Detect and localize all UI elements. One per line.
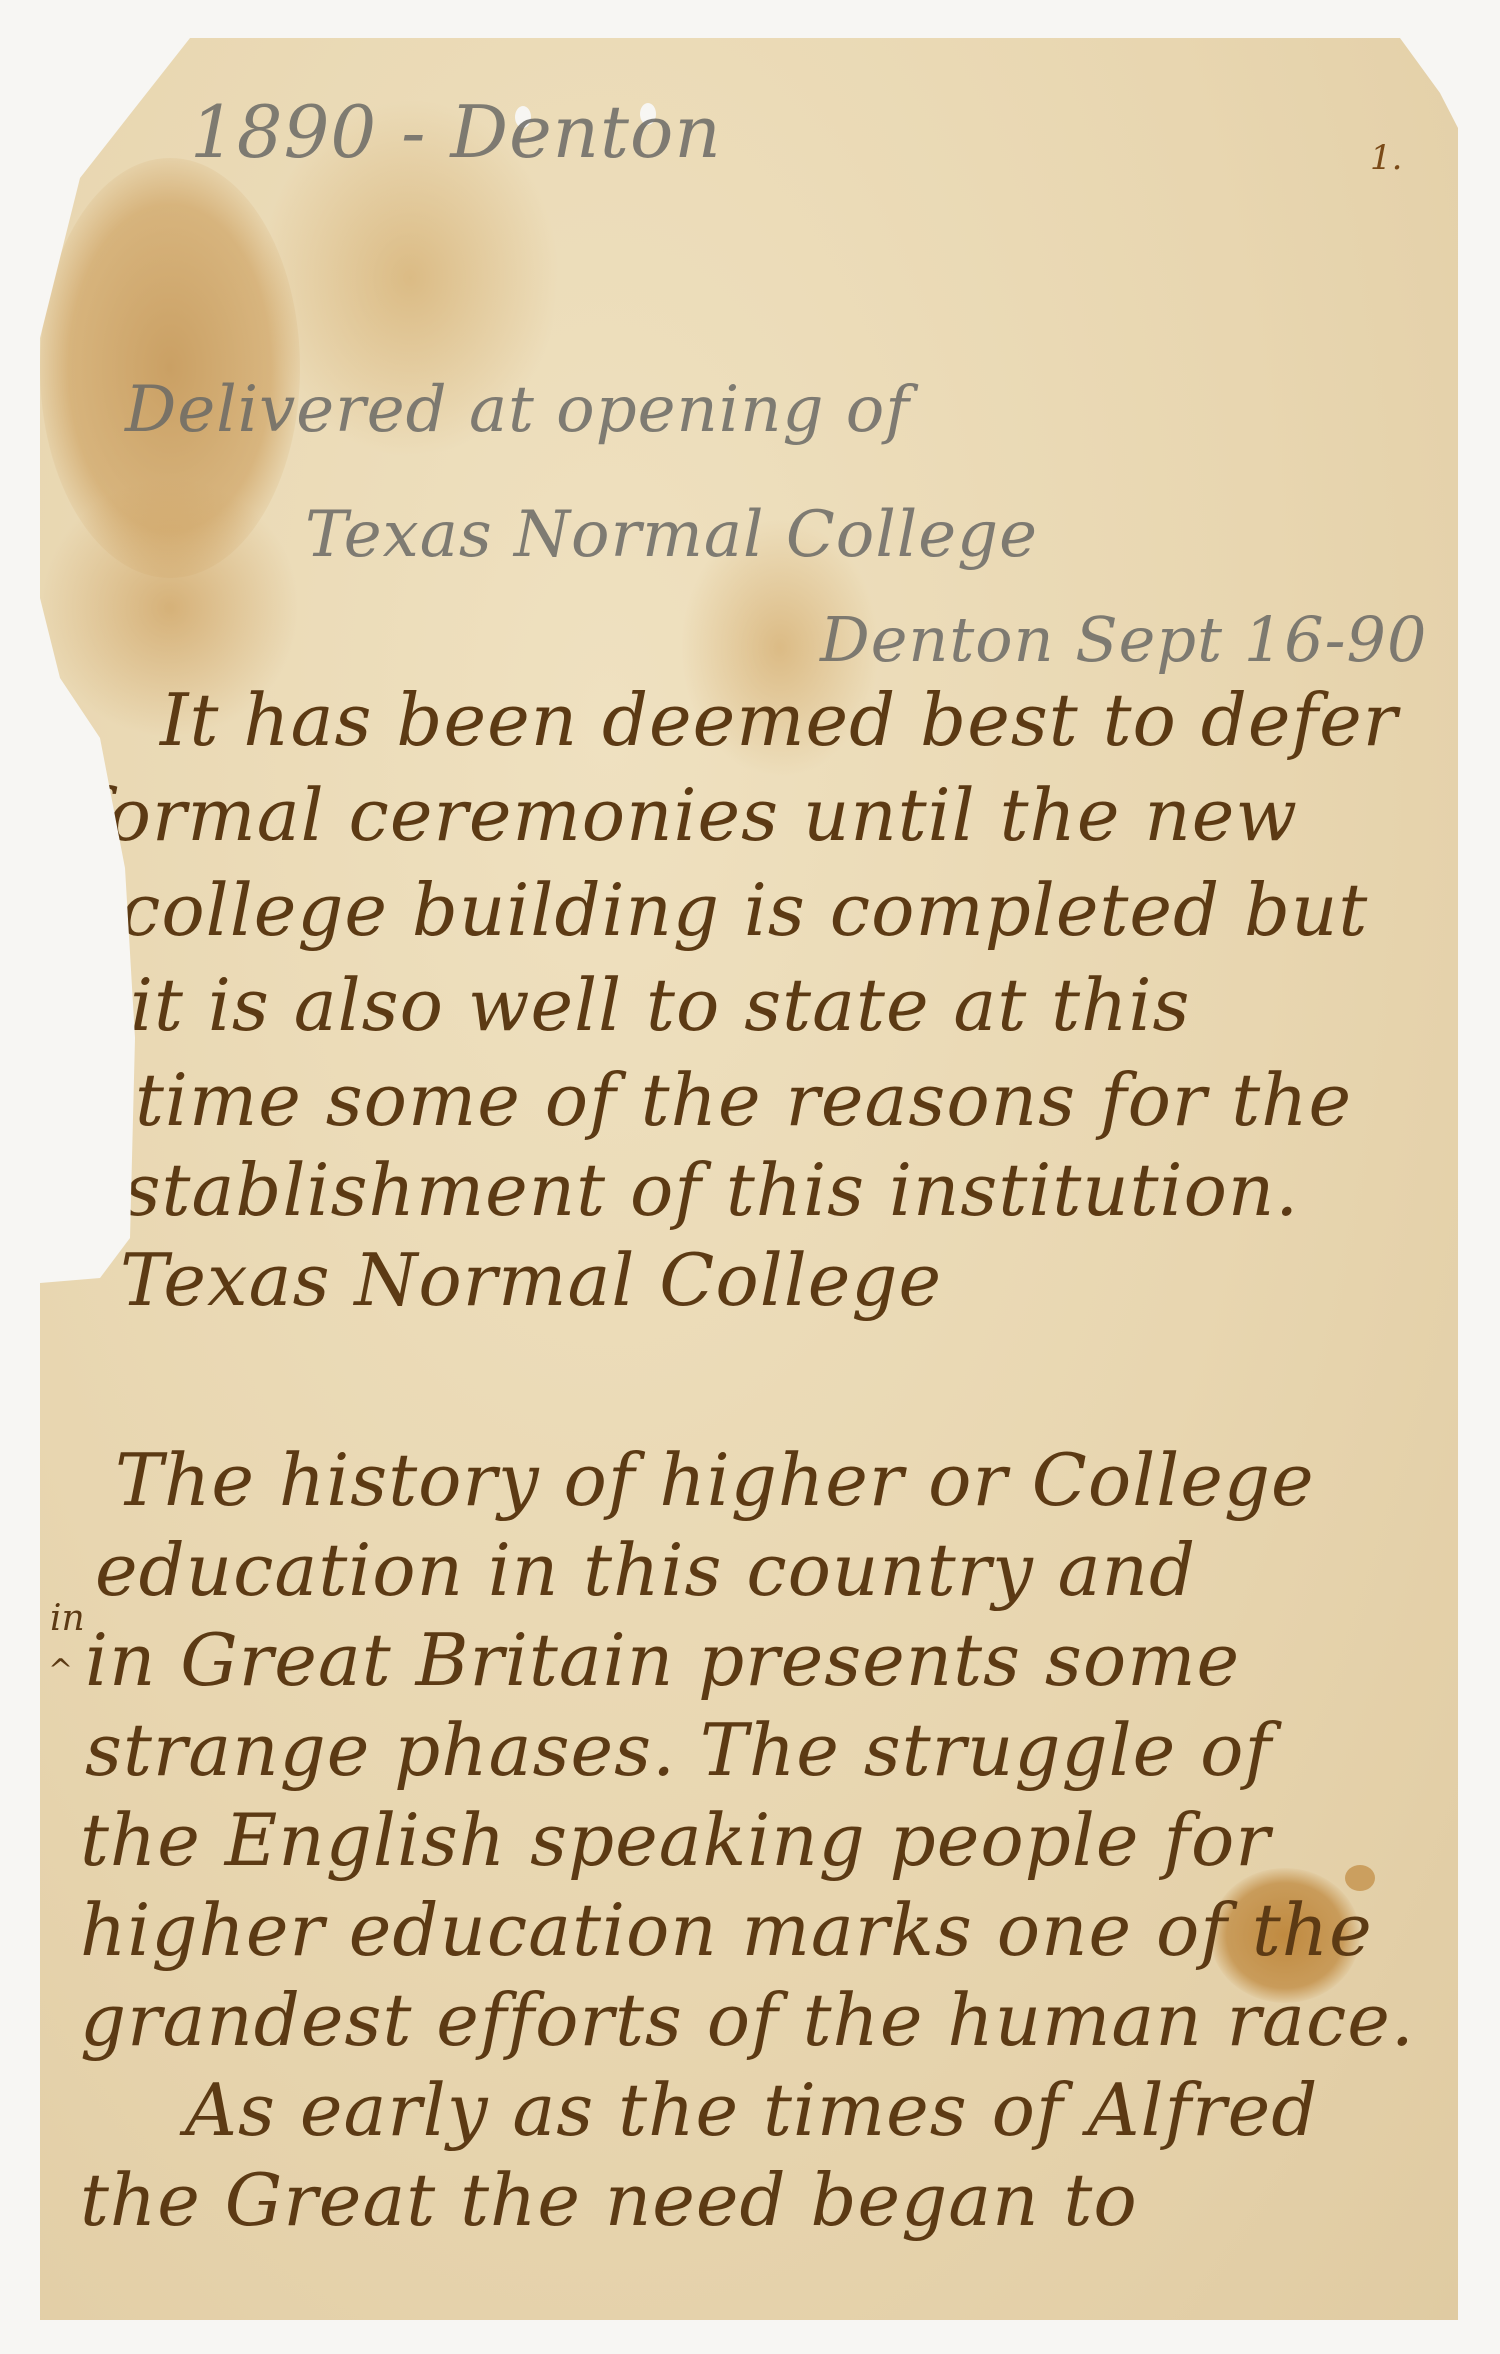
body-line-15: As early as the times of Alfred [185, 2068, 1318, 2152]
body-line-14: grandest efforts of the human race. [80, 1978, 1415, 2062]
body-line-5: time some of the reasons for the [135, 1058, 1352, 1142]
interlinear-insert: in [50, 1598, 85, 1639]
pencil-note-line2: Texas Normal College [305, 498, 1038, 572]
body-line-3: college building is completed but [120, 868, 1368, 952]
body-line-13: higher education marks one of the [80, 1888, 1373, 1972]
water-stain-top-left [40, 158, 300, 578]
page-marker: 1. [1370, 138, 1402, 178]
caret-mark: ^ [48, 1653, 73, 1688]
body-line-2: formal ceremonies until the new [80, 773, 1298, 857]
body-line-10: in Great Britain presents some [85, 1618, 1240, 1702]
body-line-6: establishment of this institution. [80, 1148, 1299, 1232]
pencil-note-line1: Delivered at opening of [125, 373, 910, 447]
body-line-4: it is also well to state at this [130, 963, 1190, 1047]
header-note: 1890 - Denton [190, 90, 722, 174]
pencil-note-line3: Denton Sept 16-90 [820, 603, 1427, 676]
body-line-8: The history of higher or College [115, 1438, 1315, 1522]
body-line-7-heading: Texas Normal College [120, 1238, 942, 1322]
body-line-9: education in this country and [95, 1528, 1196, 1612]
body-line-16: the Great the need began to [80, 2158, 1138, 2242]
body-line-11: strange phases. The struggle of [85, 1708, 1272, 1792]
body-line-1: It has been deemed best to defer [160, 678, 1398, 762]
manuscript-page: 1890 - Denton 1. Delivered at opening of… [40, 38, 1458, 2320]
body-line-12: the English speaking people for [80, 1798, 1271, 1882]
